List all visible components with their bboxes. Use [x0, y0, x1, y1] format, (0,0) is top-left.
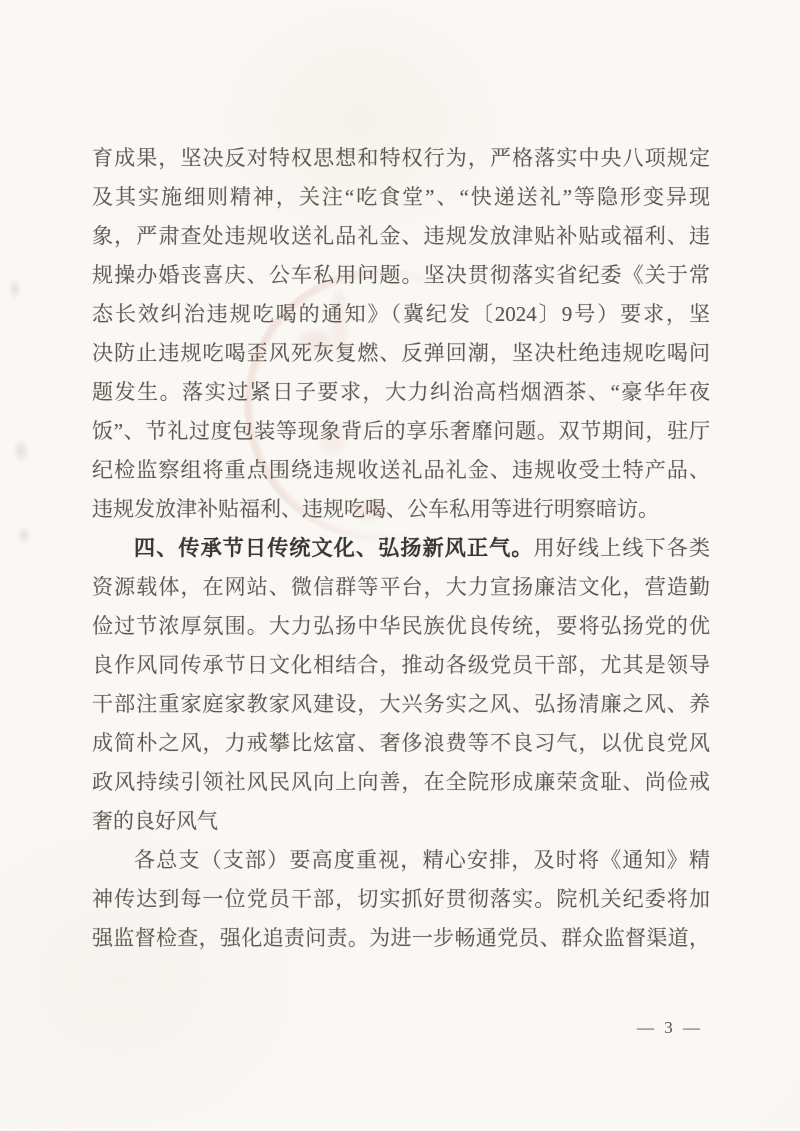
body-text: 成简朴之风，力戒攀比炫富、奢侈浪费等不良习气，以优良党风: [92, 731, 710, 755]
document-line: 神传达到每一位党员干部，切实抓好贯彻落实。院机关纪委将加: [92, 880, 710, 919]
document-line: 四、传承节日传统文化、弘扬新风正气。用好线上线下各类: [92, 529, 710, 568]
scan-smudge: [12, 438, 30, 464]
document-line: 纪检监察组将重点围绕违规收送礼品礼金、违规收受土特产品、: [92, 451, 710, 490]
document-line: 政风持续引领社风民风向上向善，在全院形成廉荣贪耻、尚俭戒: [92, 763, 710, 802]
scan-smudge: [16, 525, 32, 545]
body-text: 神传达到每一位党员干部，切实抓好贯彻落实。院机关纪委将加: [92, 887, 710, 911]
scanned-document-page: 育成果，坚决反对特权思想和特权行为，严格落实中央八项规定及其实施细则精神，关注“…: [0, 0, 800, 1131]
document-line: 题发生。落实过紧日子要求，大力纠治高档烟酒茶、“豪华年夜: [92, 373, 710, 412]
document-line: 各总支（支部）要高度重视，精心安排，及时将《通知》精: [92, 841, 710, 880]
body-text: 各总支（支部）要高度重视，精心安排，及时将《通知》精: [134, 848, 710, 872]
document-line: 违规发放津补贴福利、违规吃喝、公车私用等进行明察暗访。: [92, 490, 710, 529]
body-text: 育成果，坚决反对特权思想和特权行为，严格落实中央八项规定: [92, 146, 710, 170]
body-text: 用好线上线下各类: [534, 536, 710, 560]
section-heading-text: 四、传承节日传统文化、弘扬新风正气。: [134, 537, 534, 560]
document-line: 育成果，坚决反对特权思想和特权行为，严格落实中央八项规定: [92, 139, 710, 178]
document-line: 及其实施细则精神，关注“吃食堂”、“快递送礼”等隐形变异现: [92, 178, 710, 217]
document-line: 象，严肃查处违规收送礼品礼金、违规发放津贴补贴或福利、违: [92, 217, 710, 256]
document-line: 奢的良好风气: [92, 802, 710, 841]
body-text: 态长效纠治违规吃喝的通知》（冀纪发〔2024〕9号）要求，坚: [92, 302, 710, 326]
body-text: 决防止违规吃喝歪风死灰复燃、反弹回潮，坚决杜绝违规吃喝问: [92, 341, 710, 365]
document-line: 良作风同传承节日文化相结合，推动各级党员干部，尤其是领导: [92, 646, 710, 685]
body-text: 政风持续引领社风民风向上向善，在全院形成廉荣贪耻、尚俭戒: [92, 770, 710, 794]
body-text: 俭过节浓厚氛围。大力弘扬中华民族优良传统，要将弘扬党的优: [92, 614, 710, 638]
body-text: 题发生。落实过紧日子要求，大力纠治高档烟酒茶、“豪华年夜: [92, 380, 710, 404]
body-text: 违规发放津补贴福利、违规吃喝、公车私用等进行明察暗访。: [92, 497, 659, 521]
body-text: 资源载体，在网站、微信群等平台，大力宣扬廉洁文化，营造勤: [92, 575, 710, 599]
document-line: 成简朴之风，力戒攀比炫富、奢侈浪费等不良习气，以优良党风: [92, 724, 710, 763]
text-column: 育成果，坚决反对特权思想和特权行为，严格落实中央八项规定及其实施细则精神，关注“…: [92, 139, 710, 958]
document-line: 规操办婚丧喜庆、公车私用问题。坚决贯彻落实省纪委《关于常: [92, 256, 710, 295]
body-text: 强监督检查，强化追责问责。为进一步畅通党员、群众监督渠道，: [92, 926, 710, 950]
body-text: 纪检监察组将重点围绕违规收送礼品礼金、违规收受土特产品、: [92, 458, 710, 482]
page-number: — 3 —: [628, 1018, 712, 1038]
body-text: 规操办婚丧喜庆、公车私用问题。坚决贯彻落实省纪委《关于常: [92, 263, 710, 287]
body-text: 及其实施细则精神，关注“吃食堂”、“快递送礼”等隐形变异现: [92, 185, 710, 209]
body-text: 象，严肃查处违规收送礼品礼金、违规发放津贴补贴或福利、违: [92, 224, 710, 248]
document-line: 强监督检查，强化追责问责。为进一步畅通党员、群众监督渠道，: [92, 919, 710, 958]
document-line: 决防止违规吃喝歪风死灰复燃、反弹回潮，坚决杜绝违规吃喝问: [92, 334, 710, 373]
body-text: 饭”、节礼过度包装等现象背后的享乐奢靡问题。双节期间，驻厅: [92, 419, 710, 443]
document-line: 态长效纠治违规吃喝的通知》（冀纪发〔2024〕9号）要求，坚: [92, 295, 710, 334]
document-line: 俭过节浓厚氛围。大力弘扬中华民族优良传统，要将弘扬党的优: [92, 607, 710, 646]
document-line: 干部注重家庭家教家风建设，大兴务实之风、弘扬清廉之风、养: [92, 685, 710, 724]
body-text: 奢的良好风气: [92, 809, 218, 833]
document-line: 资源载体，在网站、微信群等平台，大力宣扬廉洁文化，营造勤: [92, 568, 710, 607]
body-text: 干部注重家庭家教家风建设，大兴务实之风、弘扬清廉之风、养: [92, 692, 710, 716]
scan-smudge: [8, 278, 22, 300]
body-text: 良作风同传承节日文化相结合，推动各级党员干部，尤其是领导: [92, 653, 710, 677]
document-line: 饭”、节礼过度包装等现象背后的享乐奢靡问题。双节期间，驻厅: [92, 412, 710, 451]
